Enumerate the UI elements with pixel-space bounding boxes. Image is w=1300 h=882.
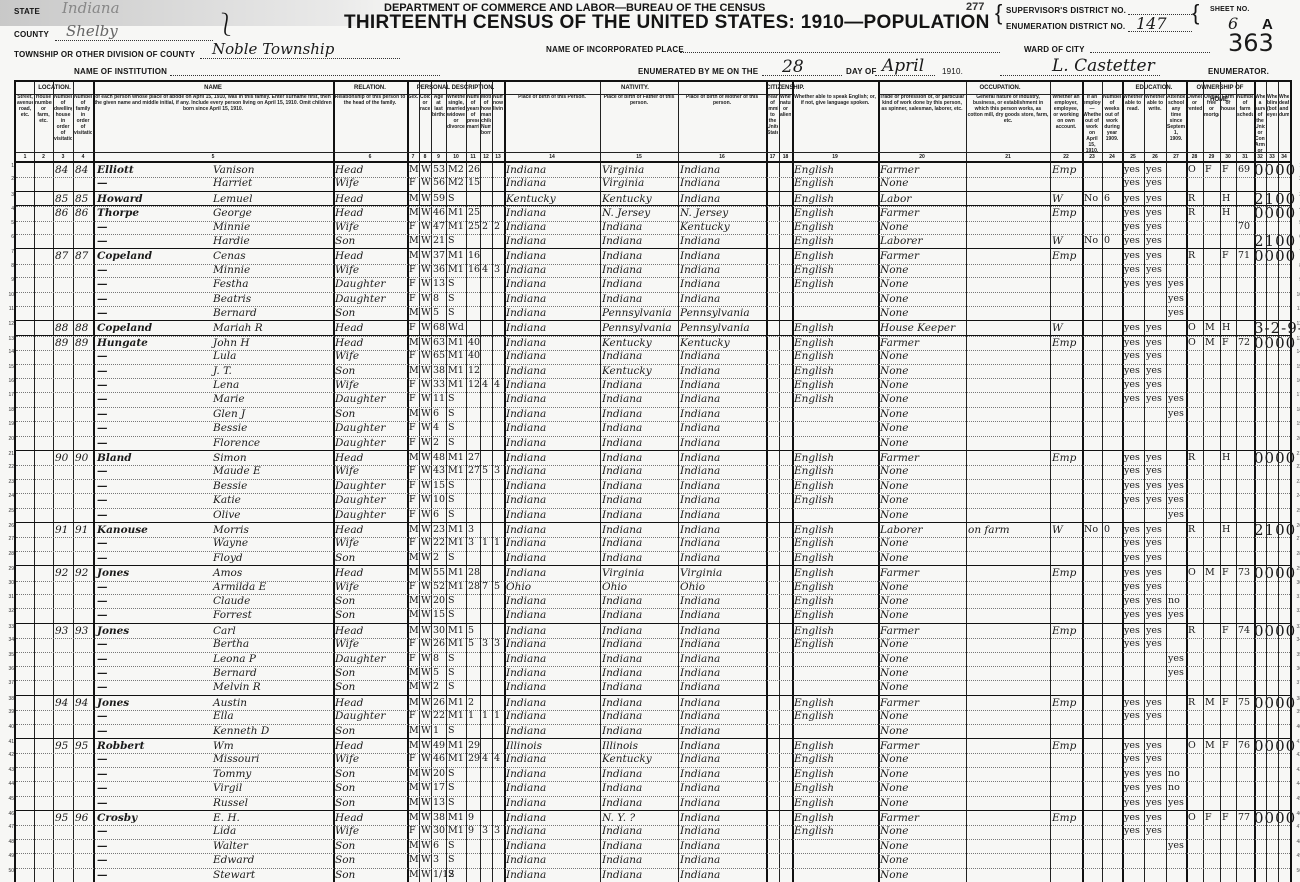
cell-rel: Son xyxy=(335,234,355,248)
cell-mar: S xyxy=(448,724,455,738)
cell-rel: Daughter xyxy=(335,508,385,522)
cell-rel: Head xyxy=(335,163,363,177)
cell-race: W xyxy=(421,493,431,507)
row-number-right: 41 xyxy=(1296,739,1300,745)
surname: Jones xyxy=(97,696,129,710)
table-row[interactable]: 2828—FloydSonMW2SIndianaIndianaIndianaEn… xyxy=(16,551,1290,566)
cell-eng: English xyxy=(794,464,834,478)
cell-read: yes xyxy=(1124,767,1140,781)
cell-sex: M xyxy=(409,249,419,263)
cell-mpob: Indiana xyxy=(680,163,720,177)
cell-write: yes xyxy=(1146,464,1162,478)
table-row[interactable]: 4242—MissouriWifeFW46M12944IndianaKentuc… xyxy=(16,752,1290,767)
cell-write: yes xyxy=(1146,263,1162,277)
cell-fpob: Indiana xyxy=(602,696,642,710)
cell-age: 2 xyxy=(433,436,439,450)
cell-rel: Wife xyxy=(335,176,359,190)
cell-age: 1 xyxy=(433,724,439,738)
cell-trade: None xyxy=(880,781,909,795)
cell-age: 17 xyxy=(433,781,445,795)
cell-mar: S xyxy=(448,868,455,882)
cell-pob: Indiana xyxy=(506,407,546,421)
cell-eng: English xyxy=(794,493,834,507)
cell-emp: W xyxy=(1052,523,1063,537)
cell-read: yes xyxy=(1124,392,1140,406)
table-row[interactable]: 1111—BernardSonMW5SIndianaPennsylvaniaPe… xyxy=(16,306,1290,321)
cell-fpob: Indiana xyxy=(602,263,642,277)
cell-race: W xyxy=(421,680,431,694)
surname: Robbert xyxy=(97,739,144,753)
cell-sex: M xyxy=(409,407,419,421)
cell-school: yes xyxy=(1168,306,1184,320)
given-name: Festha xyxy=(213,277,249,291)
cell-age: 15 xyxy=(433,479,445,493)
surname: — xyxy=(97,680,108,694)
cell-pob: Indiana xyxy=(506,709,546,723)
cell-yrs: 40 xyxy=(468,336,480,350)
cell-race: W xyxy=(421,234,431,248)
given-name: Katie xyxy=(213,493,241,507)
cell-read: yes xyxy=(1124,709,1140,723)
cell-fpob: Virginia xyxy=(602,163,644,177)
cell-race: W xyxy=(421,220,431,234)
table-row[interactable]: 2020—FlorenceDaughterFW2SIndianaIndianaI… xyxy=(16,436,1290,451)
cell-mpob: Virginia xyxy=(680,566,722,580)
table-row[interactable]: 3535—Leona PDaughterFW8SIndianaIndianaIn… xyxy=(16,652,1290,667)
cell-trade: Farmer xyxy=(880,811,919,825)
cell-trade: None xyxy=(880,680,909,694)
cell-mpob: Indiana xyxy=(680,176,720,190)
cell-mar: M1 xyxy=(448,824,464,838)
row-number: 49 xyxy=(4,853,14,859)
given-name: Forrest xyxy=(213,608,252,622)
table-row[interactable]: 4949—EdwardSonMW3SIndianaIndianaIndianaN… xyxy=(16,853,1290,868)
cell-read: yes xyxy=(1124,349,1140,363)
cell-age: 30 xyxy=(433,624,445,638)
cell-pob: Indiana xyxy=(506,277,546,291)
cell-yrs: 3 xyxy=(468,523,474,537)
cell-write: yes xyxy=(1146,321,1162,335)
table-row[interactable]: 2424—KatieDaughterFW10SIndianaIndianaInd… xyxy=(16,493,1290,508)
cell-mar: S xyxy=(448,551,455,565)
table-row[interactable]: 3232—ForrestSonMW15SIndianaIndianaIndian… xyxy=(16,608,1290,623)
given-name: Cenas xyxy=(213,249,246,263)
cell-eng: English xyxy=(794,263,834,277)
surname: — xyxy=(97,724,108,738)
surname: — xyxy=(97,306,108,320)
given-name: Lula xyxy=(213,349,236,363)
table-row[interactable]: 3636—BernardSonMW5SIndianaIndianaIndiana… xyxy=(16,666,1290,681)
cell-pob: Indiana xyxy=(506,263,546,277)
surname: — xyxy=(97,853,108,867)
cell-trade: None xyxy=(880,594,909,608)
cell-emp: W xyxy=(1052,234,1063,248)
table-row[interactable]: 4545—RusselSonMW13SIndianaIndianaIndiana… xyxy=(16,796,1290,811)
cell-school: no xyxy=(1168,767,1180,781)
column-header-c14: Place of birth of this Person. xyxy=(505,94,599,152)
cell-pob: Indiana xyxy=(506,752,546,766)
cell-mar: S xyxy=(448,192,455,206)
given-name: Amos xyxy=(213,566,242,580)
given-name: Missouri xyxy=(213,752,259,766)
column-header-c27: Attended school any time since September… xyxy=(1167,94,1185,152)
cell-race: W xyxy=(421,292,431,306)
column-header-c21: General nature of industry, business, or… xyxy=(967,94,1049,152)
given-name: Hardie xyxy=(213,234,250,248)
cell-mpob: Indiana xyxy=(680,392,720,406)
cell-race: W xyxy=(421,436,431,450)
cell-fpob: Indiana xyxy=(602,523,642,537)
enumerated-month: April xyxy=(882,56,924,76)
given-name: Minnie xyxy=(213,220,250,234)
cell-sex: M xyxy=(409,566,419,580)
cell-fpob: Indiana xyxy=(602,652,642,666)
table-row[interactable]: 1919—BessieDaughterFW4SIndianaIndianaInd… xyxy=(16,421,1290,436)
cell-rel: Head xyxy=(335,249,363,263)
cell-fam: 84 xyxy=(75,163,88,177)
table-row[interactable]: 3434—BerthaWifeFW26M1533IndianaIndianaIn… xyxy=(16,637,1290,652)
cell-farm: F xyxy=(1222,739,1229,753)
table-row[interactable]: 55—MinnieWifeFW47M12522IndianaIndianaKen… xyxy=(16,220,1290,235)
cell-survivor-codes: 0000 xyxy=(1254,739,1296,753)
cell-write: yes xyxy=(1146,580,1162,594)
column-header-c3: Number of dwelling house in order of vis… xyxy=(54,94,72,152)
cell-race: W xyxy=(421,824,431,838)
cell-age: 48 xyxy=(433,451,445,465)
cell-farm: F xyxy=(1222,163,1229,177)
row-number-right: 29 xyxy=(1296,566,1300,572)
cell-fpob: Indiana xyxy=(602,594,642,608)
column-header-c13: Number now living. xyxy=(493,94,503,152)
table-row[interactable]: 22—HarrietWifeFW56M215IndianaVirginiaInd… xyxy=(16,176,1290,191)
table-row[interactable]: 1818—Glen JSonMW6SIndianaIndianaIndianaN… xyxy=(16,407,1290,422)
cell-yrs: 5 xyxy=(468,637,474,651)
cell-fam: 85 xyxy=(75,192,88,206)
table-row[interactable]: 2323—BessieDaughterFW15SIndianaIndianaIn… xyxy=(16,479,1290,494)
cell-eng: English xyxy=(794,163,834,177)
cell-dw: 93 xyxy=(55,624,68,638)
cell-trade: House Keeper xyxy=(880,321,955,335)
column-header-c2: House number or farm, etc. xyxy=(35,94,52,152)
row-number: 5 xyxy=(4,220,14,226)
surname: — xyxy=(97,652,108,666)
surname: — xyxy=(97,392,108,406)
cell-mpob: Indiana xyxy=(680,292,720,306)
row-number: 32 xyxy=(4,608,14,614)
cell-pob: Indiana xyxy=(506,652,546,666)
cell-fpob: Indiana xyxy=(602,234,642,248)
cell-rel: Son xyxy=(335,767,355,781)
cell-yrs: 26 xyxy=(468,163,480,177)
cell-rel: Daughter xyxy=(335,277,385,291)
table-row[interactable]: 1717—MarieDaughterFW11SIndianaIndianaInd… xyxy=(16,392,1290,407)
cell-emp: W xyxy=(1052,321,1063,335)
table-row[interactable]: 4444—VirgilSonMW17SIndianaIndianaIndiana… xyxy=(16,781,1290,796)
cell-fpob: Indiana xyxy=(602,421,642,435)
surname: — xyxy=(97,536,108,550)
cell-age: 30 xyxy=(433,824,445,838)
row-number: 3 xyxy=(4,192,14,198)
cell-farm: H xyxy=(1222,451,1230,465)
table-row[interactable]: 2727—WayneWifeFW22M1311IndianaIndianaInd… xyxy=(16,536,1290,551)
cell-mar: S xyxy=(448,277,455,291)
cell-race: W xyxy=(421,652,431,666)
enumerator-line xyxy=(1000,75,1160,76)
cell-fam: 92 xyxy=(75,566,88,580)
cell-living: 4 xyxy=(494,378,500,392)
table-row[interactable]: 99—FesthaDaughterFW13SIndianaIndianaIndi… xyxy=(16,277,1290,292)
cell-sex: M xyxy=(409,680,419,694)
cell-rel: Wife xyxy=(335,220,359,234)
cell-sex: M xyxy=(409,624,419,638)
cell-sex: M xyxy=(409,234,419,248)
cell-born: 4 xyxy=(482,752,488,766)
row-number: 13 xyxy=(4,336,14,342)
cell-rel: Head xyxy=(335,566,363,580)
cell-free: M xyxy=(1205,321,1215,335)
cell-age: 38 xyxy=(433,364,445,378)
row-number-right: 13 xyxy=(1296,336,1300,342)
cell-yrs: 12 xyxy=(468,378,480,392)
cell-pob: Indiana xyxy=(506,594,546,608)
cell-age: 6 xyxy=(433,839,439,853)
row-number-right: 40 xyxy=(1296,724,1300,730)
given-name: Walter xyxy=(213,839,248,853)
table-row[interactable]: 1414—LulaWifeFW65M140IndianaIndianaIndia… xyxy=(16,349,1290,364)
cell-yrs: 9 xyxy=(468,811,474,825)
cell-ooj: No xyxy=(1084,192,1098,206)
surname: — xyxy=(97,709,108,723)
cell-fpob: Indiana xyxy=(602,277,642,291)
cell-pob: Indiana xyxy=(506,392,546,406)
cell-pob: Indiana xyxy=(506,839,546,853)
cell-school: yes xyxy=(1168,796,1184,810)
page-title: THIRTEENTH CENSUS OF THE UNITED STATES: … xyxy=(344,12,990,34)
row-number-right: 23 xyxy=(1296,479,1300,485)
cell-race: W xyxy=(421,176,431,190)
cell-sex: M xyxy=(409,839,419,853)
table-row[interactable]: 4040—Kenneth DSonMW1SIndianaIndianaIndia… xyxy=(16,724,1290,739)
cell-emp: Emp xyxy=(1052,566,1076,580)
cell-trade: Farmer xyxy=(880,336,919,350)
cell-school: yes xyxy=(1168,277,1184,291)
cell-mar: Wd xyxy=(448,321,464,335)
cell-eng: English xyxy=(794,479,834,493)
cell-sex: M xyxy=(409,192,419,206)
given-name: Morris xyxy=(213,523,249,537)
cell-race: W xyxy=(421,277,431,291)
cell-school: yes xyxy=(1168,652,1184,666)
surname: — xyxy=(97,378,108,392)
column-header-c9: Age at last birthday. xyxy=(432,94,445,152)
cell-mpob: Indiana xyxy=(680,378,720,392)
surname: — xyxy=(97,666,108,680)
table-row[interactable]: 5050—StewartSonMW1/12SIndianaIndianaIndi… xyxy=(16,868,1290,882)
township-value: Noble Township xyxy=(212,40,334,58)
cell-rel: Head xyxy=(335,321,363,335)
cell-age: 10 xyxy=(433,493,445,507)
table-row[interactable]: 4848—WalterSonMW6SIndianaIndianaIndianaN… xyxy=(16,839,1290,854)
cell-pob: Indiana xyxy=(506,234,546,248)
cell-age: 46 xyxy=(433,206,445,220)
cell-fpob: Indiana xyxy=(602,451,642,465)
table-row[interactable]: 2222—Maude EWifeFW43M12753IndianaIndiana… xyxy=(16,464,1290,479)
cell-living: 3 xyxy=(494,464,500,478)
cell-write: yes xyxy=(1146,796,1162,810)
cell-fpob: Indiana xyxy=(602,624,642,638)
cell-rel: Wife xyxy=(335,752,359,766)
cell-fpob: Pennsylvania xyxy=(602,306,672,320)
row-number-right: 42 xyxy=(1296,752,1300,758)
table-row[interactable]: 3939—EllaDaughterFW22M1111IndianaIndiana… xyxy=(16,709,1290,724)
column-header-c26: Whether able to write. xyxy=(1145,94,1165,152)
table-row[interactable]: 1515—J. T.SonMW38M112IndianaKentuckyIndi… xyxy=(16,364,1290,379)
cell-race: W xyxy=(421,637,431,651)
enumerator-value: L. Castetter xyxy=(1052,56,1155,76)
cell-living: 1 xyxy=(494,709,500,723)
row-number: 18 xyxy=(4,407,14,413)
cell-pob: Indiana xyxy=(506,421,546,435)
cell-race: W xyxy=(421,206,431,220)
cell-rel: Wife xyxy=(335,378,359,392)
cell-age: 47 xyxy=(433,220,445,234)
stamp-number: 277 xyxy=(966,1,984,13)
cell-fam: 94 xyxy=(75,696,88,710)
cell-sex: F xyxy=(409,709,416,723)
table-row[interactable]: 1010—BeatrisDaughterFW8SIndianaIndianaIn… xyxy=(16,292,1290,307)
cell-emp: Emp xyxy=(1052,624,1076,638)
cell-living: 1 xyxy=(494,536,500,550)
cell-read: yes xyxy=(1124,336,1140,350)
cell-read: yes xyxy=(1124,451,1140,465)
cell-read: yes xyxy=(1124,364,1140,378)
cell-fpob: Kentucky xyxy=(602,752,652,766)
table-row[interactable]: 88—MinnieWifeFW36M11643IndianaIndianaInd… xyxy=(16,263,1290,278)
cell-read: yes xyxy=(1124,176,1140,190)
cell-living: 4 xyxy=(494,752,500,766)
row-number: 41 xyxy=(4,739,14,745)
cell-fpob: Ohio xyxy=(602,580,627,594)
cell-fam: 89 xyxy=(75,336,88,350)
table-row[interactable]: 66—HardieSonMW21SIndianaIndianaIndianaEn… xyxy=(16,234,1290,249)
cell-rel: Head xyxy=(335,624,363,638)
row-number-right: 24 xyxy=(1296,493,1300,499)
cell-age: 68 xyxy=(433,321,445,335)
column-header-c6: Relationship of this person to the head … xyxy=(334,94,406,152)
cell-rel: Daughter xyxy=(335,436,385,450)
surname: — xyxy=(97,349,108,363)
cell-mpob: Kentucky xyxy=(680,220,730,234)
cell-trade: Laborer xyxy=(880,523,923,537)
township-line xyxy=(200,58,400,59)
cell-rel: Wife xyxy=(335,349,359,363)
institution-label: NAME OF INSTITUTION xyxy=(74,67,167,76)
cell-age: 2 xyxy=(433,680,439,694)
cell-eng: English xyxy=(794,709,834,723)
table-row[interactable]: 4343—TommySonMW20SIndianaIndianaIndianaE… xyxy=(16,767,1290,782)
cell-write: yes xyxy=(1146,637,1162,651)
cell-trade: Laborer xyxy=(880,234,923,248)
given-name: John H xyxy=(213,336,250,350)
cell-mpob: Indiana xyxy=(680,637,720,651)
enumerator-label: ENUMERATOR. xyxy=(1208,67,1269,76)
cell-yrs: 12 xyxy=(468,364,480,378)
table-row[interactable]: 3131—ClaudeSonMW20SIndianaIndianaIndiana… xyxy=(16,594,1290,609)
cell-write: yes xyxy=(1146,624,1162,638)
cell-trade: None xyxy=(880,220,909,234)
cell-dw: 89 xyxy=(55,336,68,350)
cell-own: R xyxy=(1188,696,1195,710)
cell-trade: None xyxy=(880,868,909,882)
cell-mar: S xyxy=(448,796,455,810)
cell-born: 7 xyxy=(482,580,488,594)
cell-mar: M1 xyxy=(448,811,464,825)
table-row[interactable]: 2525—OliveDaughterFW6SIndianaIndianaIndi… xyxy=(16,508,1290,523)
cell-sex: F xyxy=(409,392,416,406)
cell-read: yes xyxy=(1124,479,1140,493)
cell-mpob: Indiana xyxy=(680,767,720,781)
given-name: Bessie xyxy=(213,421,247,435)
cell-mpob: Indiana xyxy=(680,752,720,766)
cell-read: yes xyxy=(1124,752,1140,766)
cell-race: W xyxy=(421,781,431,795)
column-header-c20: Trade or profession of, or particular ki… xyxy=(879,94,965,152)
cell-trade: Farmer xyxy=(880,624,919,638)
cell-race: W xyxy=(421,868,431,882)
row-number-right: 17 xyxy=(1296,392,1300,398)
cell-fpob: N. Y. ? xyxy=(602,811,635,825)
row-number-right: 26 xyxy=(1296,523,1300,529)
cell-fpob: Indiana xyxy=(602,249,642,263)
cell-mpob: Indiana xyxy=(680,666,720,680)
cell-read: yes xyxy=(1124,536,1140,550)
cell-pob: Indiana xyxy=(506,696,546,710)
cell-pob: Illinois xyxy=(506,739,542,753)
cell-rel: Daughter xyxy=(335,652,385,666)
table-row[interactable]: 4747—LidaWifeFW30M1933IndianaIndianaIndi… xyxy=(16,824,1290,839)
cell-pob: Kentucky xyxy=(506,192,556,206)
cell-race: W xyxy=(421,580,431,594)
cell-race: W xyxy=(421,566,431,580)
column-header-c18: Whether naturalized or alien. xyxy=(780,94,791,152)
cell-race: W xyxy=(421,364,431,378)
cell-sex: F xyxy=(409,263,416,277)
cell-own: O xyxy=(1188,163,1196,177)
cell-fpob: Indiana xyxy=(602,709,642,723)
row-number-right: 15 xyxy=(1296,364,1300,370)
cell-read: yes xyxy=(1124,493,1140,507)
table-row[interactable]: 1616—LenaWifeFW33M11244IndianaIndianaInd… xyxy=(16,378,1290,393)
cell-pob: Indiana xyxy=(506,249,546,263)
cell-pob: Indiana xyxy=(506,479,546,493)
surname: Jones xyxy=(97,624,129,638)
cell-race: W xyxy=(421,696,431,710)
table-row[interactable]: 3737—Melvin RSonMW2SIndianaIndianaIndian… xyxy=(16,680,1290,695)
cell-fpob: Indiana xyxy=(602,824,642,838)
cell-age: 5 xyxy=(433,306,439,320)
cell-mpob: Ohio xyxy=(680,580,705,594)
table-row[interactable]: 3030—Armilda EWifeFW52M12875OhioOhioOhio… xyxy=(16,580,1290,595)
cell-mpob: Indiana xyxy=(680,364,720,378)
cell-sex: M xyxy=(409,739,419,753)
cell-mar: M1 xyxy=(448,451,464,465)
cell-rel: Wife xyxy=(335,536,359,550)
row-number: 35 xyxy=(4,652,14,658)
cell-own: R xyxy=(1188,192,1195,206)
given-name: Mariah R xyxy=(213,321,263,335)
cell-mpob: Indiana xyxy=(680,724,720,738)
cell-mar: M1 xyxy=(448,752,464,766)
